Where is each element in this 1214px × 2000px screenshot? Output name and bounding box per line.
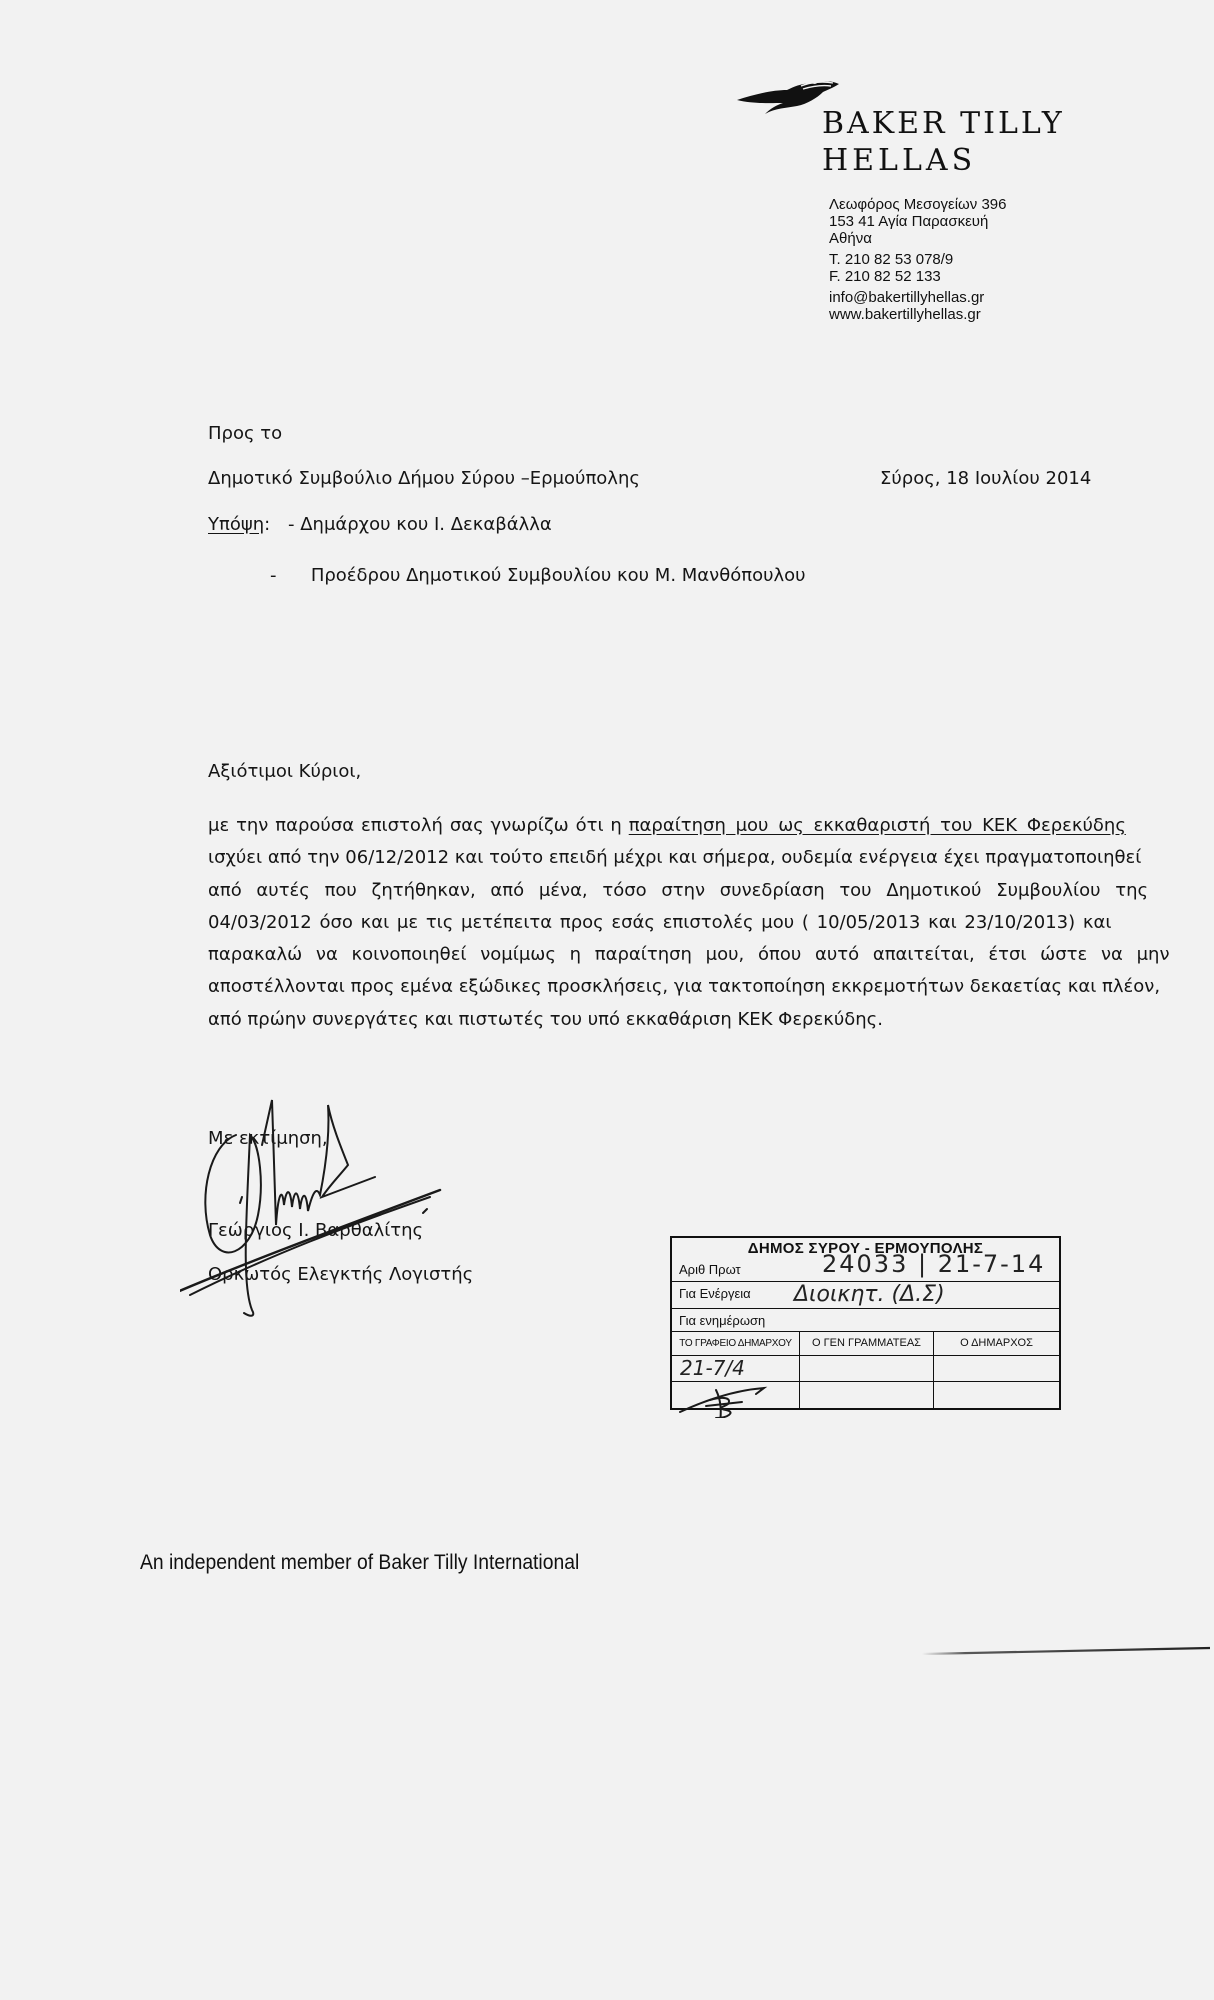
body-line: από αυτές που ζητήθηκαν, από μένα, τόσο … xyxy=(208,875,1126,907)
to-label: Προς το xyxy=(208,423,282,444)
protocol-label: Αριθ Πρωτ xyxy=(679,1262,741,1277)
column-header: ΤΟ ΓΡΑΦΕΙΟ ΔΗΜΑΡΧΟΥ xyxy=(672,1332,799,1356)
body-line: ισχύει από την 06/12/2012 και τούτο επει… xyxy=(208,842,1126,874)
recipient-name: Δημοτικό Συμβούλιο Δήμου Σύρου –Ερμούπολ… xyxy=(208,468,640,489)
email-link[interactable]: info@bakertillyhellas.gr xyxy=(829,289,1006,306)
stamp-action-row: Για Ενέργεια Διοικητ. (Δ.Σ) xyxy=(672,1282,1059,1309)
attention-line: Υπόψη: xyxy=(208,514,270,535)
mayor-office-date: 21-7/4 xyxy=(680,1356,745,1380)
general-secretary-sign-cell xyxy=(800,1382,933,1408)
column-header: Ο ΓΕΝ ΓΡΑΜΜΑΤΕΑΣ xyxy=(800,1332,933,1356)
stamp-header: ΔΗΜΟΣ ΣΥΡΟΥ - ΕΡΜΟΥΠΟΛΗΣ Αριθ Πρωτ 24033… xyxy=(672,1238,1059,1282)
mayor-sign-cell xyxy=(934,1382,1059,1408)
address-line1: Λεωφόρος Μεσογείων 396 xyxy=(829,196,1006,213)
handwritten-signature-icon xyxy=(180,1085,460,1325)
info-label: Για ενημέρωση xyxy=(679,1313,765,1328)
attention-label: Υπόψη xyxy=(208,514,264,535)
action-value: Διοικητ. (Δ.Σ) xyxy=(794,1282,945,1307)
handwritten-initials-icon xyxy=(676,1378,796,1418)
stamp-col-mayor: Ο ΔΗΜΑΡΧΟΣ xyxy=(934,1332,1059,1408)
website-link[interactable]: www.bakertillyhellas.gr xyxy=(829,306,1006,323)
stamp-col-general-secretary: Ο ΓΕΝ ΓΡΑΜΜΑΤΕΑΣ xyxy=(800,1332,934,1408)
address-line3: Αθήνα xyxy=(829,230,1006,247)
body-line: από πρώην συνεργάτες και πιστωτές του υπ… xyxy=(208,1004,1126,1036)
salutation: Αξιότιμοι Κύριοι, xyxy=(208,761,361,782)
stamp-signoff-grid: ΤΟ ΓΡΑΦΕΙΟ ΔΗΜΑΡΧΟΥ 21-7/4 Ο ΓΕΝ ΓΡΑΜΜΑΤ… xyxy=(672,1332,1059,1408)
mayor-office-initials-cell xyxy=(672,1382,799,1408)
body-line: παρακαλώ να κοινοποιηθεί νομίμως η παραί… xyxy=(208,939,1126,971)
resignation-underlined: παραίτηση μου ως εκκαθαριστή του ΚΕΚ Φερ… xyxy=(629,810,1126,842)
company-name-line1: BAKER TILLY xyxy=(822,106,1065,141)
body-line: αποστέλλονται προς εμένα εξώδικες προσκλ… xyxy=(208,971,1126,1003)
column-header: Ο ΔΗΜΑΡΧΟΣ xyxy=(934,1332,1059,1356)
action-label: Για Ενέργεια xyxy=(679,1286,751,1301)
letter-body: με την παρούσα επιστολή σας γνωρίζω ότι … xyxy=(208,810,1126,1036)
company-name-line2: HELLAS xyxy=(822,143,976,178)
general-secretary-date-cell xyxy=(800,1356,933,1382)
attention-item-council-president: - Προέδρου Δημοτικού Συμβουλίου κου Μ. Μ… xyxy=(270,565,806,586)
contact-block: Λεωφόρος Μεσογείων 396 153 41 Αγία Παρασ… xyxy=(829,196,1006,323)
body-line: 04/03/2012 όσο και με τις μετέπειτα προς… xyxy=(208,907,1126,939)
stamp-col-mayor-office: ΤΟ ΓΡΑΦΕΙΟ ΔΗΜΑΡΧΟΥ 21-7/4 xyxy=(672,1332,800,1408)
address-line2: 153 41 Αγία Παρασκευή xyxy=(829,213,1006,230)
registration-stamp: ΔΗΜΟΣ ΣΥΡΟΥ - ΕΡΜΟΥΠΟΛΗΣ Αριθ Πρωτ 24033… xyxy=(670,1236,1061,1410)
mayor-date-cell xyxy=(934,1356,1059,1382)
protocol-value: 24033 | 21-7-14 xyxy=(822,1250,1045,1278)
fax: F. 210 82 52 133 xyxy=(829,268,1006,285)
footer-tagline: An independent member of Baker Tilly Int… xyxy=(140,1551,579,1575)
date-line: Σύρος, 18 Ιουλίου 2014 xyxy=(880,468,1091,489)
stamp-info-row: Για ενημέρωση xyxy=(672,1309,1059,1332)
attention-colon: : xyxy=(264,514,270,535)
attention-item-mayor: - Δημάρχου κου Ι. Δεκαβάλλα xyxy=(288,514,552,535)
scan-edge-line xyxy=(910,1640,1214,1660)
phone: T. 210 82 53 078/9 xyxy=(829,251,1006,268)
body-line: με την παρούσα επιστολή σας γνωρίζω ότι … xyxy=(208,810,1126,842)
